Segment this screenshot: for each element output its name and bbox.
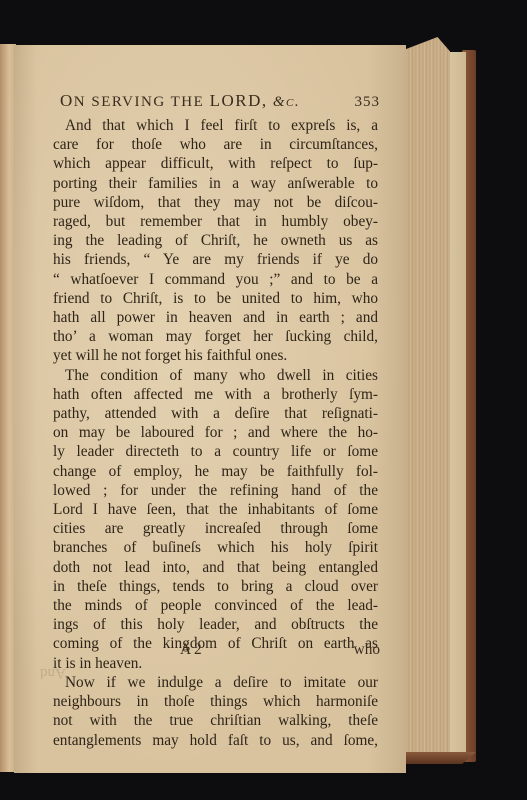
page-footer: A 2 who [180, 641, 380, 659]
title-initial: O [60, 91, 74, 110]
text-line: neighbours in thoſe things which harmoni… [53, 692, 378, 711]
text-line: Now if we indulge a deſire to imitate ou… [53, 673, 378, 692]
text-line: care for thoſe who are in circumſtances, [53, 135, 378, 154]
text-line: in theſe things, tends to bring a cloud … [53, 577, 378, 596]
text-line: porting their families in a way anſwerab… [53, 174, 378, 193]
catchword: who [354, 641, 380, 659]
text-line: doth not lead into, and that being entan… [53, 558, 378, 577]
title-small-caps: N SERVING THE [74, 94, 205, 110]
text-line: hath all power in heaven and in earth ; … [53, 308, 378, 327]
text-line: pathy, attended with a deſire that reſig… [53, 404, 378, 423]
text-line: tho’ a woman may forget her ſucking chil… [53, 327, 378, 346]
text-line: cities are greatly increaſed through ſom… [53, 519, 378, 538]
text-line: on may be laboured for ; and where the h… [53, 423, 378, 442]
running-head: ON SERVING THE LORD, &c. 353 [60, 91, 380, 111]
text-line: yet will he not forget his faithful ones… [53, 346, 378, 365]
running-head-title: ON SERVING THE LORD, &c. [60, 91, 300, 111]
bleed-through-text: And [40, 664, 66, 682]
page-fore-edge [400, 37, 450, 753]
text-line: friend to Chriſt, is to be united to him… [53, 289, 378, 308]
text-line: change of employ, he may be faithfully f… [53, 462, 378, 481]
page-number: 353 [355, 94, 381, 111]
text-line: ing the leading of Chriſt, he owneth us … [53, 231, 378, 250]
text-line: Lord I have ſeen, that the inhabitants o… [53, 500, 378, 519]
text-line: entanglements may hold faſt to us, and ſ… [53, 731, 378, 750]
signature-mark: A 2 [180, 641, 202, 659]
title-etc: &c. [273, 94, 300, 110]
text-line: ly leader directeth to a country life or… [53, 442, 378, 461]
text-line: branches of buſineſs which his holy ſpir… [53, 538, 378, 557]
text-line: hath often affected me with a brotherly … [53, 385, 378, 404]
text-line: “ whatſoever I command you ;” and to be … [53, 270, 378, 289]
text-line: which appear difficult, with reſpect to … [53, 154, 378, 173]
text-line: And that which I feel firſt to expreſs i… [53, 116, 378, 135]
text-line: pure wiſdom, that they may not be diſcou… [53, 193, 378, 212]
text-line: the minds of people convinced of the lea… [53, 596, 378, 615]
text-line: lowed ; for under the refining hand of t… [53, 481, 378, 500]
title-lord: LORD, [210, 91, 268, 110]
text-line: his friends, “ Ye are my friends if ye d… [53, 250, 378, 269]
text-line: not with the true chriſtian walking, the… [53, 711, 378, 730]
text-line: raged, but remember that in humbly obey- [53, 212, 378, 231]
text-line: ings of this holy leader, and obſtructs … [53, 615, 378, 634]
inner-leaf-edge [448, 52, 466, 752]
text-line: The condition of many who dwell in citie… [53, 366, 378, 385]
